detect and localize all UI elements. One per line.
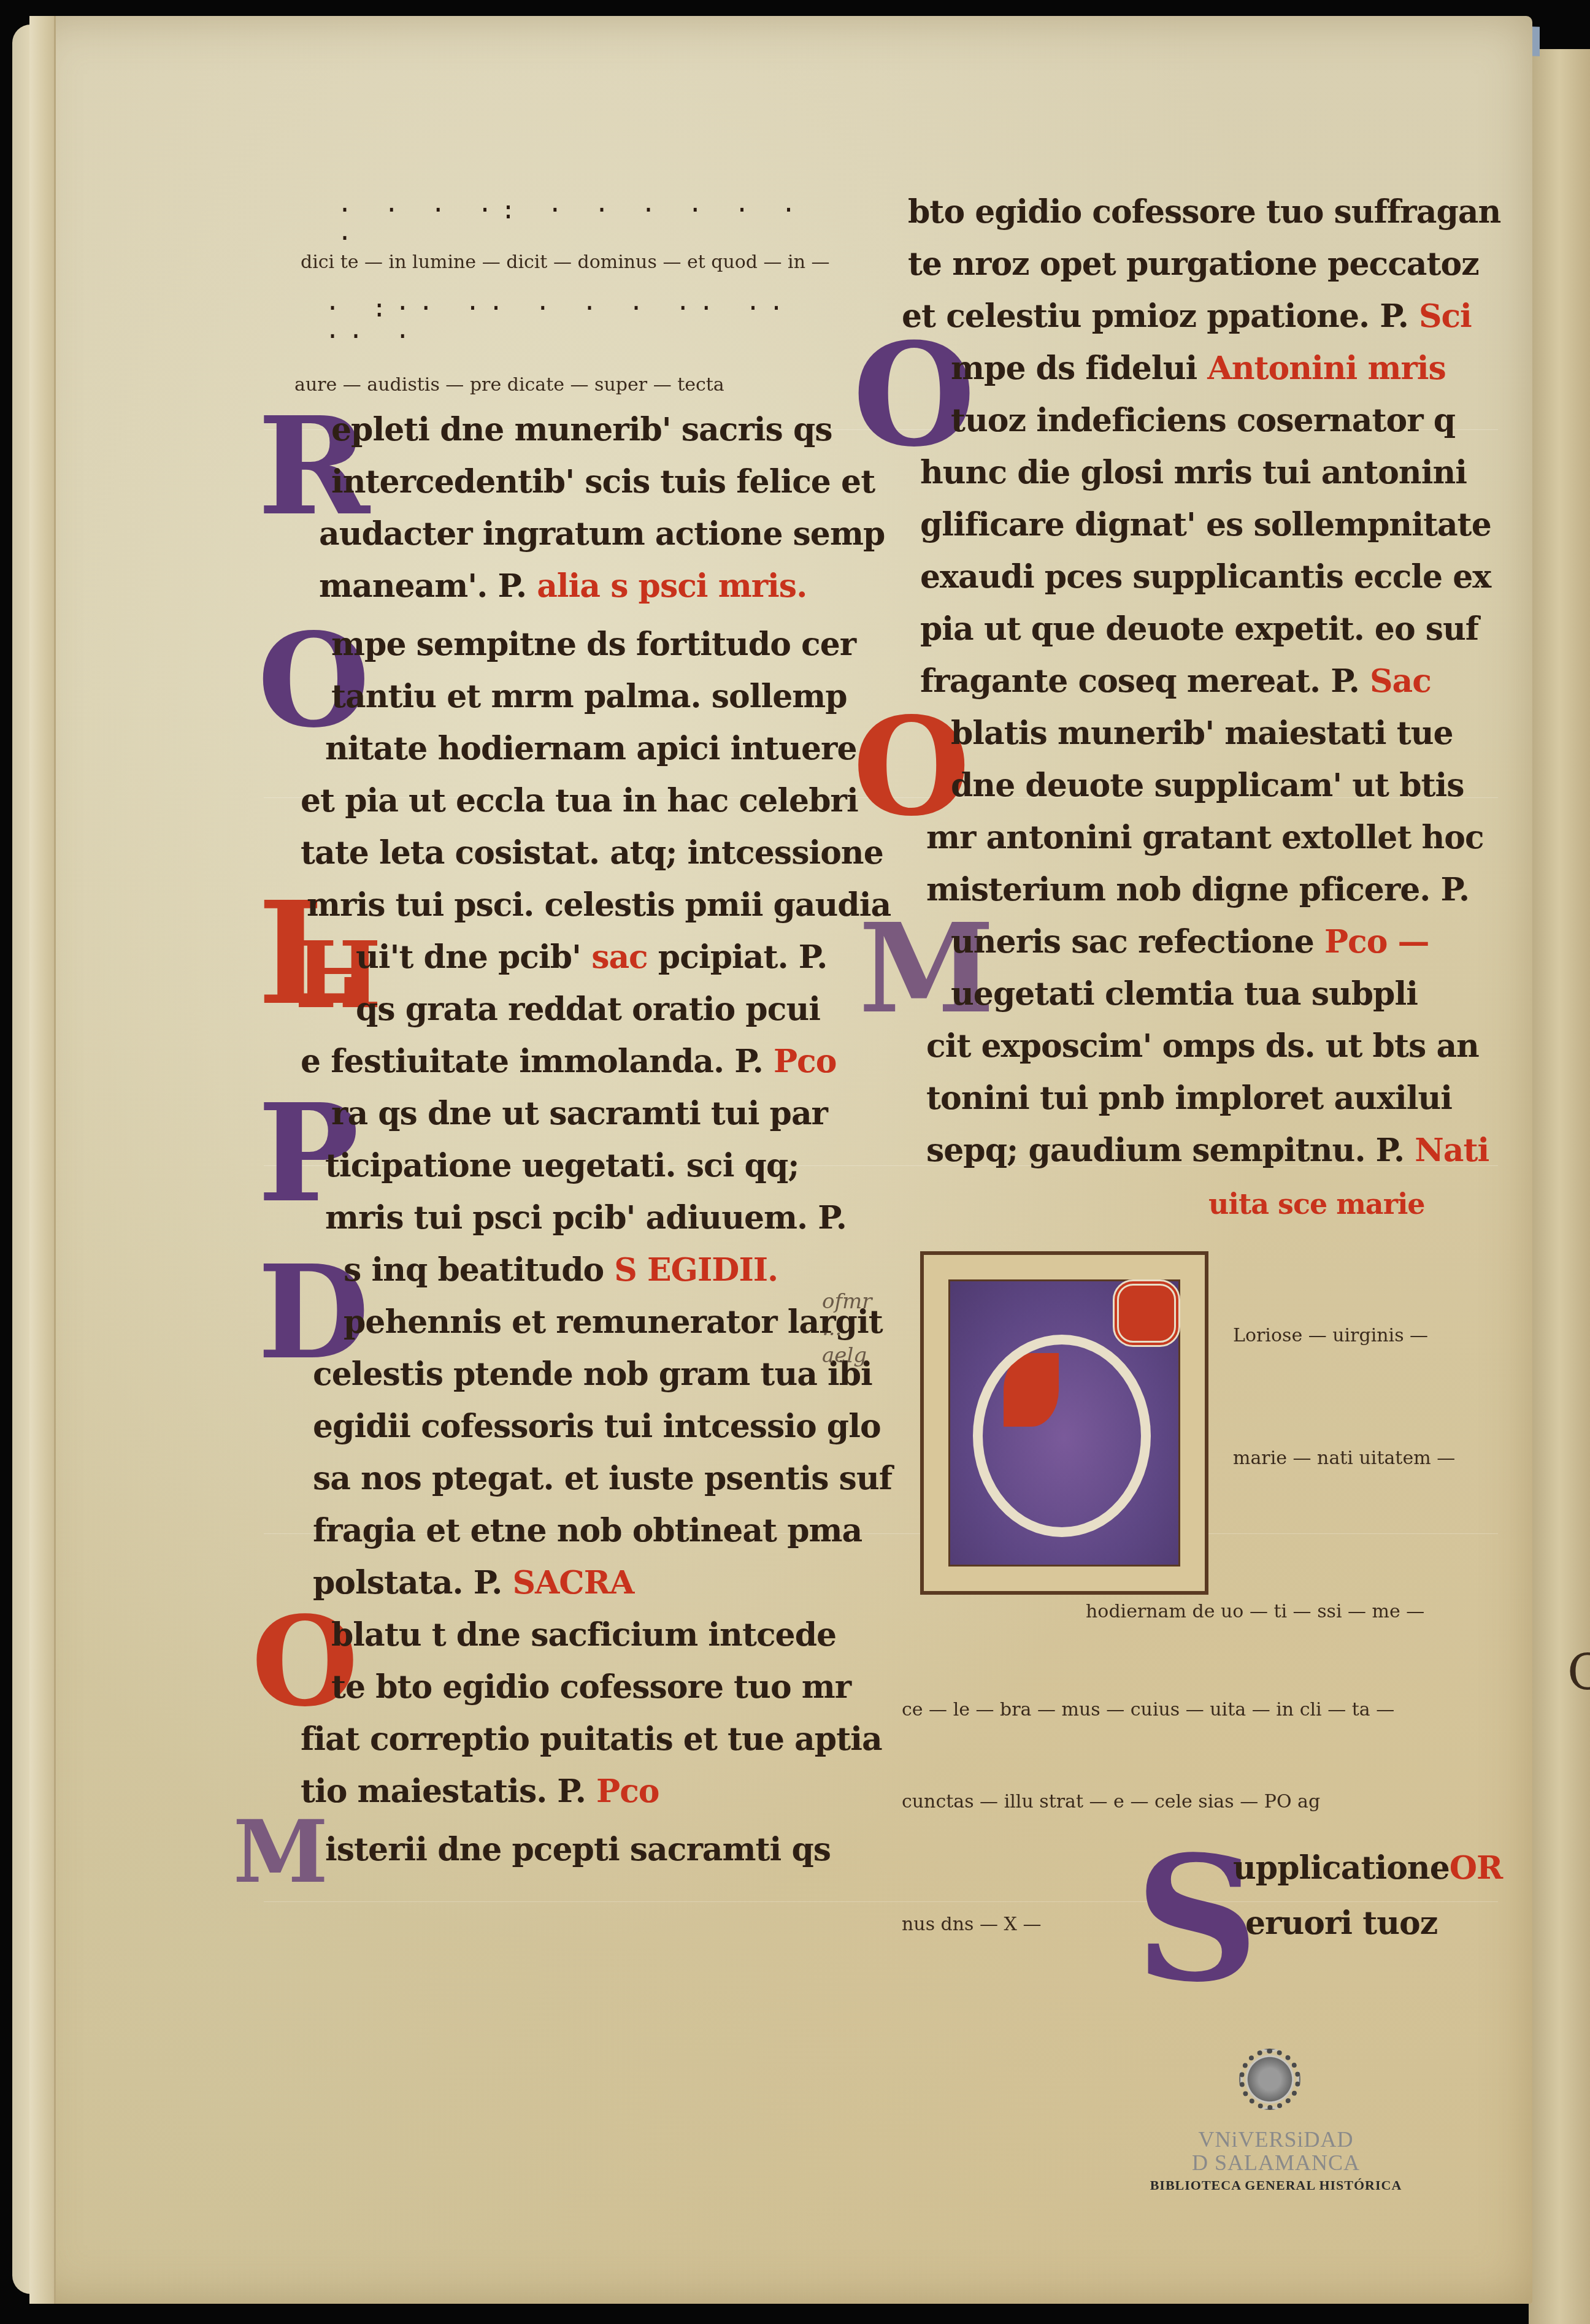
- watermark-library: BIBLIOTECA GENERAL HISTÓRICA: [1147, 2177, 1405, 2193]
- rubric: Nati: [1415, 1132, 1489, 1169]
- text-line: et celestiu pmioz ppatione. P. Sci: [902, 301, 1472, 332]
- text-segment: uneris sac refectione: [951, 923, 1314, 961]
- text-line: tuoz indeficiens cosernator q: [951, 405, 1455, 437]
- text-line: polstata. P. SACRA: [313, 1567, 634, 1599]
- rubric: SACRA: [512, 1564, 634, 1601]
- text-line: et pia ut eccla tua in hac celebri: [301, 785, 858, 817]
- neume-row: · :·· ·· · · · ·· ·· ·· ·: [325, 294, 828, 351]
- chant-text-line: dici te — in lumine — dicit — dominus — …: [301, 251, 830, 273]
- text-line: cit exposcim' omps ds. ut bts an: [926, 1030, 1479, 1062]
- facing-leaf-edge: [1529, 49, 1590, 2324]
- text-line: misterium nob digne pficere. P.: [926, 874, 1469, 906]
- text-segment: ui't dne pcib': [356, 938, 591, 976]
- ruling-line: [264, 1901, 1498, 1902]
- marginal-line: aelg: [822, 1342, 872, 1369]
- text-line: nitate hodiernam apici intuere.: [325, 733, 867, 765]
- marginal-line: ofmr: [822, 1288, 872, 1315]
- illuminated-initial: [920, 1251, 1208, 1595]
- chant-text-line: ce — le — bra — mus — cuius — uita — in …: [902, 1699, 1394, 1720]
- text-line: hunc die glosi mris tui antonini: [920, 457, 1467, 489]
- text-line: e festiuitate immolanda. P. Pco: [301, 1046, 836, 1078]
- text-line: s inq beatitudo S EGIDII.: [344, 1254, 778, 1286]
- watermark-line: VNiVERSiDAD: [1184, 2128, 1368, 2152]
- text-line: intercedentib' scis tuis felice et: [331, 466, 875, 498]
- text-line: qs grata reddat oratio pcui: [356, 994, 820, 1026]
- text-line: eruori tuoz: [1245, 1908, 1437, 1939]
- facing-page-initial: C: [1567, 1644, 1590, 1701]
- marginal-line: ...: [822, 1315, 872, 1342]
- watermark-institution: VNiVERSiDAD D SALAMANCA: [1184, 2128, 1368, 2175]
- text-line: tate leta cosistat. atq; intcessione: [301, 837, 883, 869]
- text-segment: et celestiu pmioz ppatione. P.: [902, 297, 1408, 335]
- text-line: mris tui psci. celestis pmii gaudia: [307, 889, 891, 921]
- text-line: tantiu et mrm palma. sollemp: [331, 681, 847, 713]
- rubric: S EGIDII.: [614, 1251, 778, 1289]
- initial-O: O: [853, 325, 975, 466]
- initial-M: M: [233, 1809, 328, 1895]
- university-seal-icon: [1239, 2049, 1300, 2110]
- rubric: OR: [1450, 1849, 1503, 1887]
- beast-figure: [973, 1335, 1151, 1537]
- rubric: Sci: [1419, 297, 1472, 335]
- text-line: mris tui psci pcib' adiuuem. P.: [325, 1202, 847, 1234]
- text-line: mr antonini gratant extollet hoc: [926, 822, 1484, 854]
- rubric: Pco: [596, 1773, 659, 1810]
- text-line: te bto egidio cofessore tuo mr: [331, 1671, 851, 1703]
- chant-text-line: marie — nati uitatem —: [1233, 1448, 1455, 1469]
- text-line: exaudi pces supplicantis eccle ex: [920, 561, 1491, 593]
- text-line: audacter ingratum actione semp: [319, 518, 885, 550]
- text-line: fragia et etne nob obtineat pma: [313, 1515, 862, 1547]
- neume-row: · · · ·: · · · · · · ·: [337, 196, 828, 253]
- text-line: ra qs dne ut sacramti tui par: [331, 1098, 828, 1130]
- text-line: uegetati clemtia tua subpli: [951, 978, 1418, 1010]
- text-line: blatis munerib' maiestati tue: [951, 718, 1453, 750]
- text-segment: e festiuitate immolanda. P.: [301, 1043, 763, 1080]
- chant-text-line: cunctas — illu strat — e — cele sias — P…: [902, 1791, 1320, 1812]
- chant-text-line: Loriose — uirginis —: [1233, 1325, 1428, 1346]
- text-line: isterii dne pcepti sacramti qs: [325, 1834, 831, 1866]
- text-line: glificare dignat' es sollempnitate: [920, 509, 1491, 541]
- text-line: sa nos ptegat. et iuste psentis suf: [313, 1463, 892, 1495]
- text-line: fiat correptio puitatis et tue aptia: [301, 1724, 882, 1755]
- text-line: te nroz opet purgatione peccatoz: [908, 248, 1479, 280]
- text-segment: s inq beatitudo: [344, 1251, 604, 1289]
- text-segment: fragante coseq mereat. P.: [920, 662, 1359, 700]
- text-line: pehennis et remunerator largit: [344, 1306, 883, 1338]
- text-line: upplicationeOR: [1233, 1852, 1502, 1884]
- text-line: ui't dne pcib' sac pcipiat. P.: [356, 941, 827, 973]
- rubric: Sac: [1370, 662, 1431, 700]
- rubric: Pco —: [1324, 923, 1429, 961]
- rubric-heading: uita sce marie: [1208, 1190, 1425, 1218]
- rubric: sac: [591, 938, 648, 976]
- text-line: egidii cofessoris tui intcessio glo: [313, 1411, 881, 1443]
- rubric: Antonini mris: [1207, 350, 1446, 387]
- marginal-note: ofmr ... aelg: [822, 1288, 872, 1370]
- page-fold-edge: [29, 16, 56, 2304]
- text-segment: pcipiat. P.: [648, 938, 828, 976]
- rubric: Pco: [774, 1043, 836, 1080]
- chant-text-line: hodiernam de uo — ti — ssi — me —: [1086, 1601, 1424, 1622]
- text-line: uneris sac refectione Pco —: [951, 926, 1429, 958]
- watermark-line: D SALAMANCA: [1184, 2152, 1368, 2175]
- text-segment: sepq; gaudium sempitnu. P.: [926, 1132, 1404, 1169]
- text-line: bto egidio cofessore tuo suffragan: [908, 196, 1500, 228]
- chant-text-line: nus dns — X —: [902, 1914, 1041, 1935]
- text-line: tonini tui pnb imploret auxilui: [926, 1083, 1452, 1114]
- text-line: celestis ptende nob gram tua ibi: [313, 1359, 872, 1390]
- text-line: ticipatione uegetati. sci qq;: [325, 1150, 799, 1182]
- interlace-knot-icon: [1113, 1279, 1180, 1347]
- text-line: blatu t dne sacficium intcede: [331, 1619, 836, 1651]
- text-line: pia ut que deuote expetit. eo suf: [920, 613, 1478, 645]
- text-segment: mpe ds fidelui: [951, 350, 1197, 387]
- text-line: dne deuote supplicam' ut btis: [951, 770, 1464, 802]
- text-line: mpe sempitne ds fortitudo cer: [331, 629, 856, 661]
- text-line: fragante coseq mereat. P. Sac: [920, 665, 1431, 697]
- text-segment: maneam'. P.: [319, 567, 526, 605]
- text-segment: upplicatione: [1233, 1849, 1450, 1887]
- text-line: maneam'. P. alia s psci mris.: [319, 570, 807, 602]
- text-line: mpe ds fidelui Antonini mris: [951, 353, 1446, 385]
- text-segment: tio maiestatis. P.: [301, 1773, 586, 1810]
- text-line: tio maiestatis. P. Pco: [301, 1776, 659, 1808]
- text-line: sepq; gaudium sempitnu. P. Nati: [926, 1135, 1489, 1167]
- text-line: epleti dne munerib' sacris qs: [331, 414, 832, 446]
- rubric: alia s psci mris.: [537, 567, 807, 605]
